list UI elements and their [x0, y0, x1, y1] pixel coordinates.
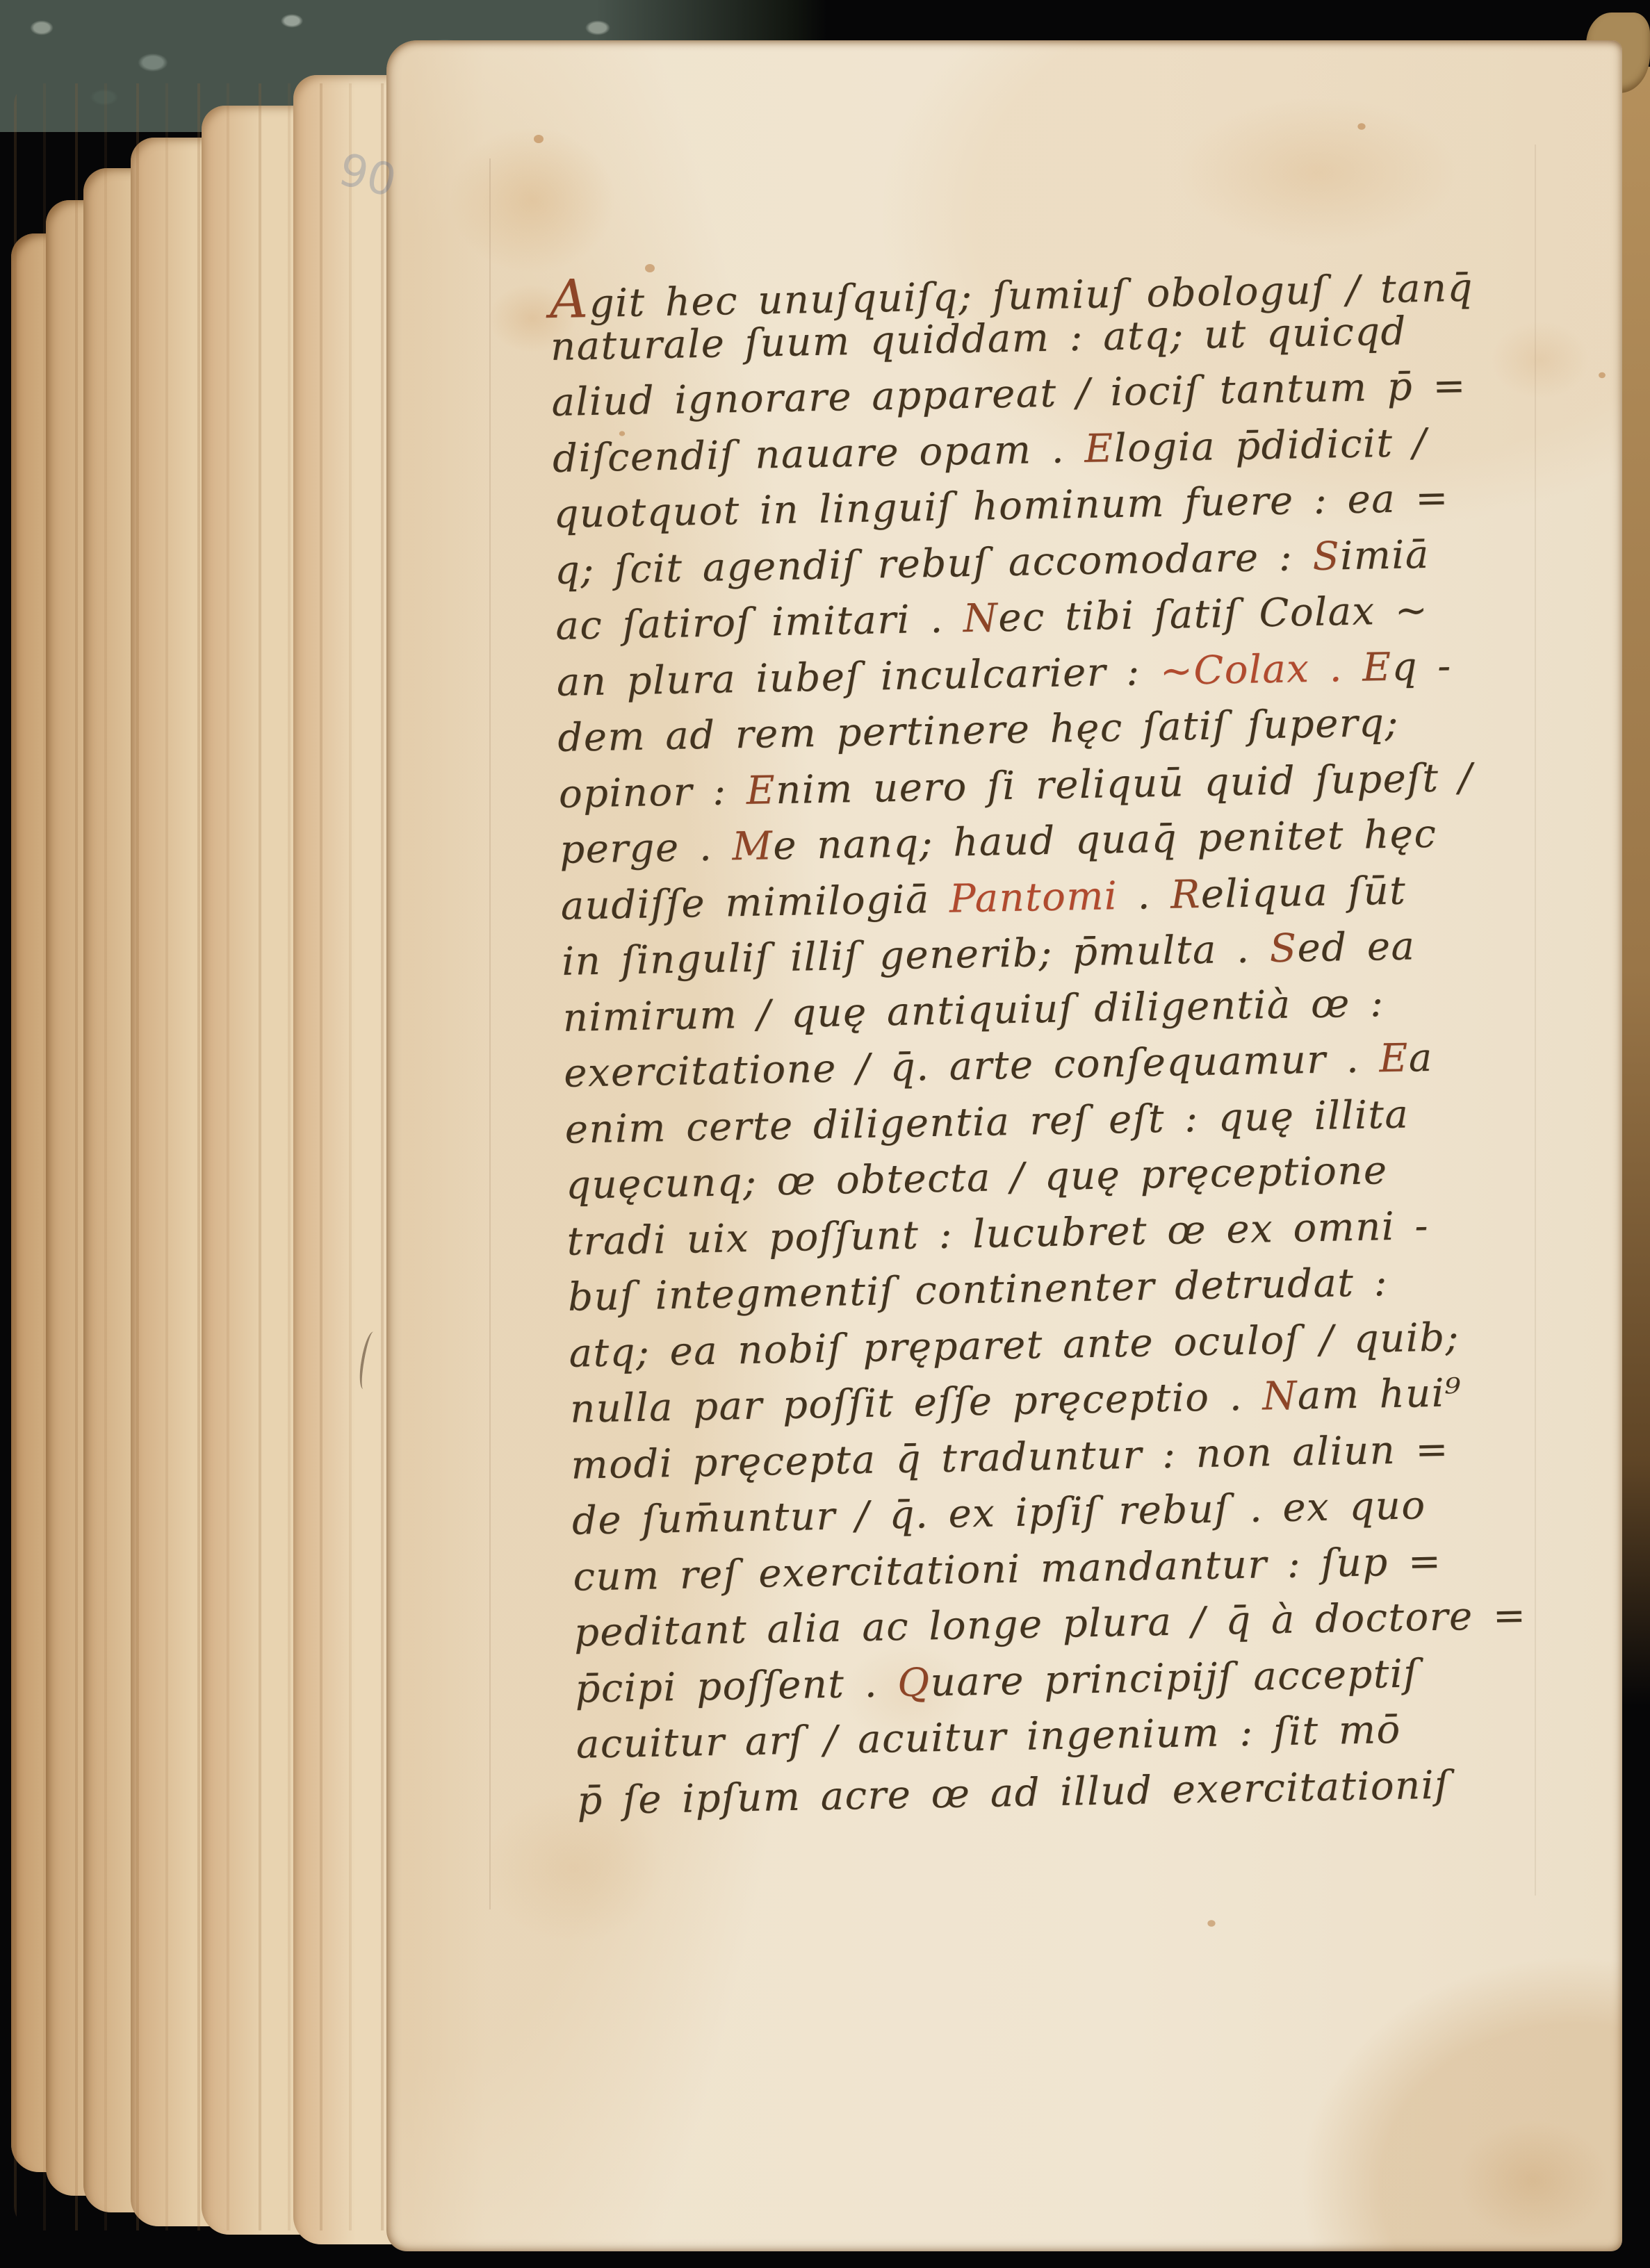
- ink-text: uare principijſ acceptiſ: [930, 1651, 1419, 1705]
- ink-text: N: [963, 595, 999, 641]
- ink-text: E: [1084, 426, 1115, 472]
- ink-text: Q: [897, 1660, 931, 1706]
- foxing-speck: [1207, 1920, 1215, 1927]
- ink-text: ed ea: [1297, 923, 1416, 971]
- foxing-speck: [1357, 123, 1365, 130]
- fore-edge-streaks: [14, 83, 403, 2230]
- ink-text: A: [549, 268, 590, 330]
- ink-text: eliqua ſūt: [1200, 868, 1407, 917]
- foxing-speck: [534, 135, 544, 143]
- manuscript-photo: 90 Agit hec unuſquiſq; ſumiuſ obologuſ /…: [0, 0, 1650, 2268]
- parchment-stain: [1123, 68, 1512, 277]
- foxing-speck: [1599, 372, 1606, 378]
- ink-text: M: [732, 823, 774, 869]
- ink-text: q -: [1391, 643, 1452, 690]
- manuscript-text-block: Agit hec unuſquiſq; ſumiuſ obologuſ / ta…: [549, 249, 1606, 1834]
- ink-text: p̄cipi poſſent .: [575, 1661, 898, 1711]
- ink-text: diſcendiſ nauare opam .: [552, 426, 1084, 481]
- manuscript-page: 90 Agit hec unuſquiſq; ſumiuſ obologuſ /…: [386, 40, 1622, 2251]
- ink-text: E: [1379, 1036, 1410, 1082]
- red-ink-word: ~Colax .: [1159, 646, 1343, 694]
- ink-text: N: [1262, 1374, 1298, 1420]
- ink-text: ec tibi ſatiſ Colax ~: [998, 588, 1429, 641]
- ink-text: logia p̄didicit /: [1113, 420, 1428, 470]
- ink-text: am hui⁹: [1297, 1370, 1462, 1418]
- ink-text: E: [1362, 644, 1393, 690]
- ink-text: a: [1408, 1035, 1433, 1081]
- parchment-stain: [1429, 2097, 1637, 2264]
- ink-text: ac ſatiroſ imitari .: [555, 596, 964, 649]
- ink-text: perge .: [559, 824, 733, 873]
- ink-text: S: [1312, 534, 1341, 580]
- ink-text: S: [1269, 926, 1298, 971]
- ink-text: opinor :: [558, 768, 746, 816]
- ink-text: imiā: [1340, 532, 1430, 578]
- ruling-line-left: [489, 158, 491, 1909]
- red-ink-word: Pantomi: [949, 873, 1118, 921]
- ink-text: audiſſe mimilogiā: [560, 876, 949, 928]
- ink-text: R: [1170, 871, 1202, 917]
- ink-text: [1342, 645, 1362, 691]
- ink-text: .: [1118, 872, 1171, 918]
- ink-text: E: [746, 768, 776, 814]
